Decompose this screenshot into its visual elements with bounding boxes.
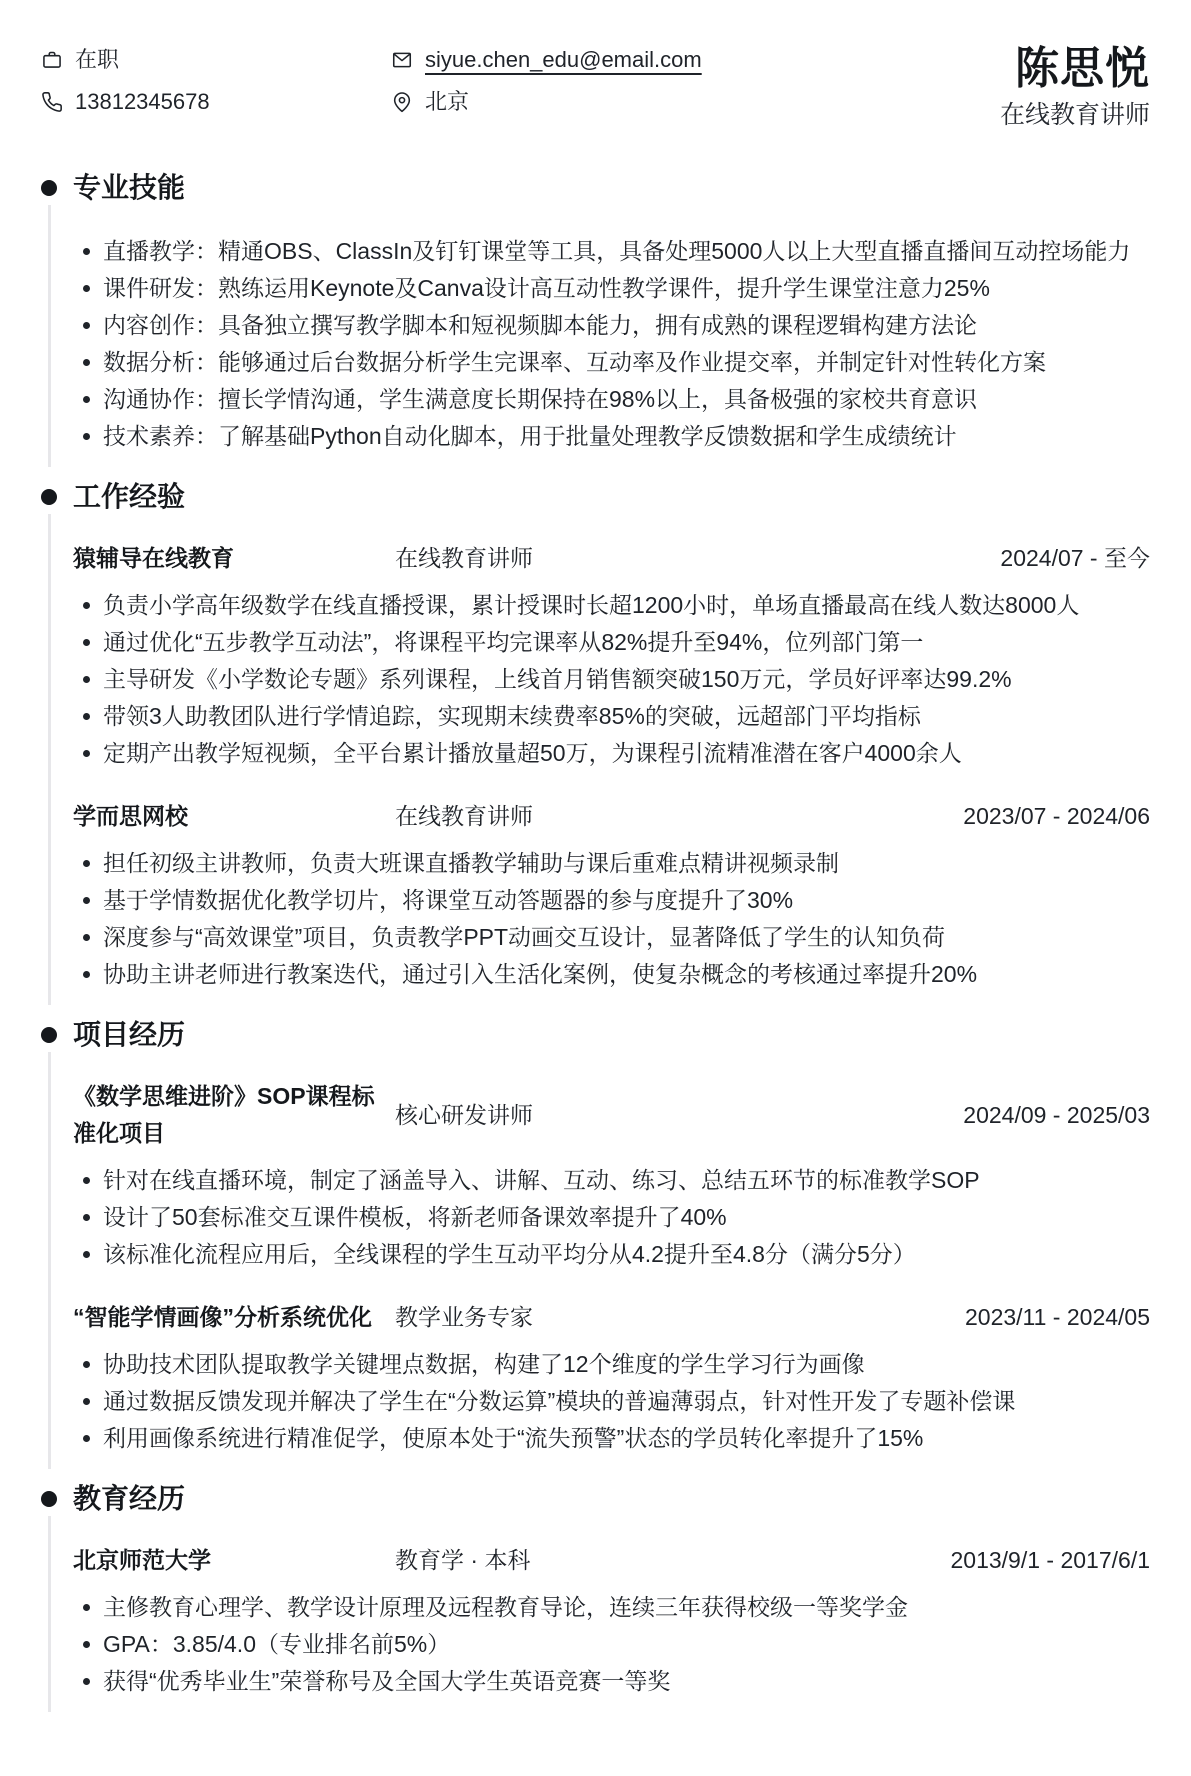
bullet-item: 设计了50套标准交互课件模板，将新老师备课效率提升了40% (73, 1199, 1150, 1236)
resume-header: 在职 13812345678 siyue.chen_edu@email.com (41, 47, 1150, 139)
bullet-item: GPA：3.85/4.0（专业排名前5%） (73, 1626, 1150, 1663)
section-marker-dot (41, 180, 57, 196)
entry: 北京师范大学教育学 · 本科2013/9/1 - 2017/6/1主修教育心理学… (73, 1542, 1150, 1700)
phone-number: 13812345678 (75, 89, 210, 115)
bullet-item: 带领3人助教团队进行学情追踪，实现期末续费率85%的突破，远超部门平均指标 (73, 698, 1150, 735)
organization-name: 《数学思维进阶》SOP课程标准化项目 (73, 1078, 395, 1152)
organization-name: 猿辅导在线教育 (73, 540, 234, 577)
entry-header-row: 学而思网校在线教育讲师2023/07 - 2024/06 (73, 798, 1150, 835)
section-marker-dot (41, 489, 57, 505)
bullet-item: 负责小学高年级数学在线直播授课，累计授课时长超1200小时，单场直播最高在线人数… (73, 587, 1150, 624)
organization-name: 学而思网校 (73, 798, 188, 835)
section-timeline-line (48, 1052, 51, 1469)
section-body: 猿辅导在线教育在线教育讲师2024/07 - 至今负责小学高年级数学在线直播授课… (73, 540, 1150, 993)
bullet-item: 内容创作：具备独立撰写教学脚本和短视频脚本能力，拥有成熟的课程逻辑构建方法论 (73, 307, 1150, 344)
bullet-item: 定期产出教学短视频，全平台累计播放量超50万，为课程引流精准潜在客户4000余人 (73, 735, 1150, 772)
section-timeline-line (48, 205, 51, 467)
bullet-item: 课件研发：熟练运用Keynote及Canva设计高互动性教学课件，提升学生课堂注… (73, 270, 1150, 307)
entry-header-row: 猿辅导在线教育在线教育讲师2024/07 - 至今 (73, 540, 1150, 577)
section-title: 工作经验 (73, 480, 1150, 514)
bullet-item: 深度参与“高效课堂”项目，负责教学PPT动画交互设计，显著降低了学生的认知负荷 (73, 919, 1150, 956)
organization-cell: “智能学情画像”分析系统优化 (73, 1299, 395, 1336)
section-experience: 工作经验猿辅导在线教育在线教育讲师2024/07 - 至今负责小学高年级数学在线… (41, 480, 1150, 993)
contact-column-middle: siyue.chen_edu@email.com 北京 (391, 47, 771, 115)
candidate-title: 在线教育讲师 (1000, 100, 1150, 130)
entry: 直播教学：精通OBS、ClassIn及钉钉课堂等工具，具备处理5000人以上大型… (73, 233, 1150, 455)
location-item: 北京 (391, 89, 771, 115)
bullet-item: 主导研发《小学数论专题》系列课程，上线首月销售额突破150万元，学员好评率达99… (73, 661, 1150, 698)
section-title: 专业技能 (73, 171, 1150, 205)
role-title: 在线教育讲师 (395, 540, 1000, 577)
section-body: 《数学思维进阶》SOP课程标准化项目核心研发讲师2024/09 - 2025/0… (73, 1078, 1150, 1457)
section-title: 教育经历 (73, 1482, 1150, 1516)
section-education: 教育经历北京师范大学教育学 · 本科2013/9/1 - 2017/6/1主修教… (41, 1482, 1150, 1700)
candidate-name: 陈思悦 (1000, 44, 1150, 94)
bullet-item: 通过数据反馈发现并解决了学生在“分数运算”模块的普遍薄弱点，针对性开发了专题补偿… (73, 1383, 1150, 1420)
email-link[interactable]: siyue.chen_edu@email.com (425, 47, 702, 73)
section-marker-dot (41, 1491, 57, 1507)
mail-icon (391, 49, 413, 71)
role-title: 核心研发讲师 (395, 1097, 963, 1134)
name-block: 陈思悦 在线教育讲师 (1000, 47, 1150, 130)
phone-icon (41, 91, 63, 113)
entry-header-row: 北京师范大学教育学 · 本科2013/9/1 - 2017/6/1 (73, 1542, 1150, 1579)
section-marker-dot (41, 1027, 57, 1043)
briefcase-icon (41, 49, 63, 71)
bullet-item: 担任初级主讲教师，负责大班课直播教学辅助与课后重难点精讲视频录制 (73, 845, 1150, 882)
bullet-item: 协助主讲老师进行教案迭代，通过引入生活化案例，使复杂概念的考核通过率提升20% (73, 956, 1150, 993)
bullet-item: 利用画像系统进行精准促学，使原本处于“流失预警”状态的学员转化率提升了15% (73, 1420, 1150, 1457)
section-timeline-line (48, 1516, 51, 1712)
entry-header-row: “智能学情画像”分析系统优化教学业务专家2023/11 - 2024/05 (73, 1299, 1150, 1336)
organization-cell: 猿辅导在线教育 (73, 540, 395, 577)
section-title: 项目经历 (73, 1018, 1150, 1052)
entry: 《数学思维进阶》SOP课程标准化项目核心研发讲师2024/09 - 2025/0… (73, 1078, 1150, 1273)
bullet-list: 担任初级主讲教师，负责大班课直播教学辅助与课后重难点精讲视频录制基于学情数据优化… (73, 845, 1150, 993)
role-title: 教学业务专家 (395, 1299, 965, 1336)
role-title: 教育学 · 本科 (395, 1542, 951, 1579)
bullet-item: 技术素养：了解基础Python自动化脚本，用于批量处理教学反馈数据和学生成绩统计 (73, 418, 1150, 455)
contact-column-left: 在职 13812345678 (41, 47, 391, 115)
bullet-item: 协助技术团队提取教学关键埋点数据，构建了12个维度的学生学习行为画像 (73, 1346, 1150, 1383)
email-item: siyue.chen_edu@email.com (391, 47, 771, 73)
bullet-list: 协助技术团队提取教学关键埋点数据，构建了12个维度的学生学习行为画像通过数据反馈… (73, 1346, 1150, 1457)
organization-name: 北京师范大学 (73, 1542, 211, 1579)
employment-status-item: 在职 (41, 47, 391, 73)
section-projects: 项目经历《数学思维进阶》SOP课程标准化项目核心研发讲师2024/09 - 20… (41, 1018, 1150, 1457)
entry: 学而思网校在线教育讲师2023/07 - 2024/06担任初级主讲教师，负责大… (73, 798, 1150, 993)
date-range: 2013/9/1 - 2017/6/1 (951, 1542, 1151, 1579)
organization-cell: 北京师范大学 (73, 1542, 395, 1579)
location-pin-icon (391, 91, 413, 113)
bullet-item: 针对在线直播环境，制定了涵盖导入、讲解、互动、练习、总结五环节的标准教学SOP (73, 1162, 1150, 1199)
section-skills: 专业技能直播教学：精通OBS、ClassIn及钉钉课堂等工具，具备处理5000人… (41, 171, 1150, 455)
bullet-item: 直播教学：精通OBS、ClassIn及钉钉课堂等工具，具备处理5000人以上大型… (73, 233, 1150, 270)
date-range: 2024/09 - 2025/03 (963, 1097, 1150, 1134)
section-timeline-line (48, 514, 51, 1005)
section-body: 直播教学：精通OBS、ClassIn及钉钉课堂等工具，具备处理5000人以上大型… (73, 233, 1150, 455)
entry-header-row: 《数学思维进阶》SOP课程标准化项目核心研发讲师2024/09 - 2025/0… (73, 1078, 1150, 1152)
bullet-list: 负责小学高年级数学在线直播授课，累计授课时长超1200小时，单场直播最高在线人数… (73, 587, 1150, 772)
organization-cell: 学而思网校 (73, 798, 395, 835)
bullet-item: 基于学情数据优化教学切片，将课堂互动答题器的参与度提升了30% (73, 882, 1150, 919)
location-label: 北京 (425, 89, 469, 115)
bullet-list: 直播教学：精通OBS、ClassIn及钉钉课堂等工具，具备处理5000人以上大型… (73, 233, 1150, 455)
bullet-item: 数据分析：能够通过后台数据分析学生完课率、互动率及作业提交率，并制定针对性转化方… (73, 344, 1150, 381)
date-range: 2024/07 - 至今 (1000, 540, 1150, 577)
organization-name: “智能学情画像”分析系统优化 (73, 1299, 372, 1336)
bullet-item: 该标准化流程应用后，全线课程的学生互动平均分从4.2提升至4.8分（满分5分） (73, 1236, 1150, 1273)
entry: 猿辅导在线教育在线教育讲师2024/07 - 至今负责小学高年级数学在线直播授课… (73, 540, 1150, 772)
bullet-item: 通过优化“五步教学互动法”，将课程平均完课率从82%提升至94%，位列部门第一 (73, 624, 1150, 661)
date-range: 2023/07 - 2024/06 (963, 798, 1150, 835)
entry: “智能学情画像”分析系统优化教学业务专家2023/11 - 2024/05协助技… (73, 1299, 1150, 1457)
employment-status-label: 在职 (75, 47, 119, 73)
bullet-item: 主修教育心理学、教学设计原理及远程教育导论，连续三年获得校级一等奖学金 (73, 1589, 1150, 1626)
phone-item: 13812345678 (41, 89, 391, 115)
section-body: 北京师范大学教育学 · 本科2013/9/1 - 2017/6/1主修教育心理学… (73, 1542, 1150, 1700)
date-range: 2023/11 - 2024/05 (965, 1299, 1150, 1336)
resume-page: 在职 13812345678 siyue.chen_edu@email.com (0, 0, 1191, 1776)
bullet-list: 主修教育心理学、教学设计原理及远程教育导论，连续三年获得校级一等奖学金GPA：3… (73, 1589, 1150, 1700)
resume-sections: 专业技能直播教学：精通OBS、ClassIn及钉钉课堂等工具，具备处理5000人… (41, 171, 1150, 1700)
bullet-item: 沟通协作：擅长学情沟通，学生满意度长期保持在98%以上，具备极强的家校共育意识 (73, 381, 1150, 418)
role-title: 在线教育讲师 (395, 798, 963, 835)
bullet-item: 获得“优秀毕业生”荣誉称号及全国大学生英语竞赛一等奖 (73, 1663, 1150, 1700)
organization-cell: 《数学思维进阶》SOP课程标准化项目 (73, 1078, 395, 1152)
bullet-list: 针对在线直播环境，制定了涵盖导入、讲解、互动、练习、总结五环节的标准教学SOP设… (73, 1162, 1150, 1273)
